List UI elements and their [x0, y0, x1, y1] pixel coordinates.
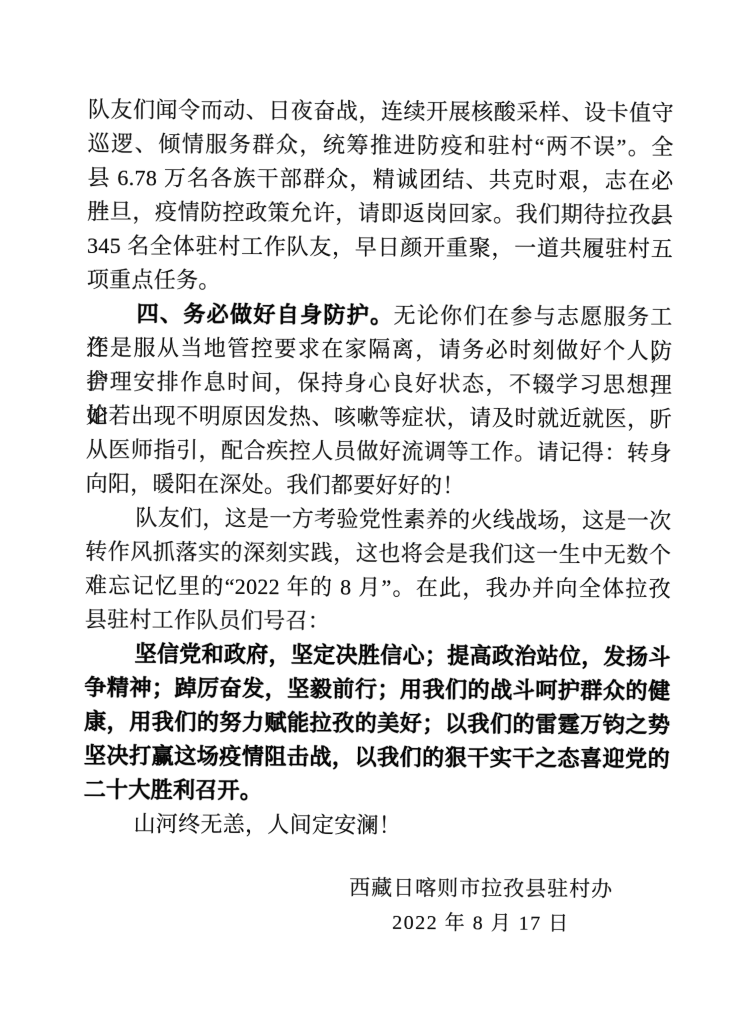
document-line: 县驻村工作队员们号召：: [85, 603, 671, 641]
signature-organization: 西藏日喀则市拉孜县驻村办: [349, 871, 613, 908]
document-line-callout: 争精神；踔厉奋发，坚毅前行；用我们的战斗呵护群众的健: [84, 671, 670, 709]
document-line: 还是服从当地管控要求在家隔离，请务必时刻做好个人防护，: [86, 331, 672, 369]
document-line-callout: 二十大胜利召开。: [84, 773, 670, 811]
document-line: 难忘记忆里的“2022 年的 8 月”。在此，我办并向全体拉孜: [85, 569, 671, 607]
document-line: 从医师指引，配合疾控人员做好流调等工作。请记得：转身: [86, 433, 672, 471]
document-line-callout: 坚信党和政府，坚定决胜信心；提高政治站位，发扬斗: [84, 637, 670, 675]
paragraph-four-heading: 四、务必做好自身防护。: [137, 301, 394, 328]
document-line-callout: 康，用我们的努力赋能拉孜的美好；以我们的雷霆万钧之势: [84, 705, 670, 743]
document-line: 巡逻、倾情服务群众，统筹推进防疫和驻村“两不误”。全: [88, 127, 674, 165]
document-line: 队友们，这是一方考验党性素养的火线战场，这是一次: [85, 501, 671, 539]
scanned-document-page: 队友们闻令而动、日夜奋战，连续开展核酸采样、设卡值守 巡逻、倾情服务群众，统筹推…: [0, 0, 750, 1016]
document-line: 县 6.78 万名各族干部群众，精诚团结、共克时艰，志在必胜。: [87, 161, 673, 199]
document-line-closing: 山河终无恙，人间定安澜！: [83, 807, 669, 845]
document-line: 如若出现不明原因发热、咳嗽等症状，请及时就近就医，听: [86, 399, 672, 437]
document-line-paragraph-four: 四、务必做好自身防护。无论你们在参与志愿服务工作，: [87, 297, 673, 335]
document-line: 合理安排作息时间，保持身心良好状态，不辍学习思想理论。: [86, 365, 672, 403]
document-body: 队友们闻令而动、日夜奋战，连续开展核酸采样、设卡值守 巡逻、倾情服务群众，统筹推…: [83, 93, 674, 845]
signature-date: 2022 年 8 月 17 日: [392, 906, 570, 941]
document-line: 项重点任务。: [87, 263, 673, 301]
document-line: 转作风抓落实的深刻实践，这也将会是我们这一生中无数个: [85, 535, 671, 573]
document-line: 一旦，疫情防控政策允许，请即返岗回家。我们期待拉孜县: [87, 195, 673, 233]
document-line: 345 名全体驻村工作队友，早日颜开重聚，一道共履驻村五: [87, 229, 673, 267]
document-line: 向阳，暖阳在深处。我们都要好好的！: [86, 467, 672, 505]
signature-block: 西藏日喀则市拉孜县驻村办 2022 年 8 月 17 日: [349, 871, 613, 942]
document-line: 队友们闻令而动、日夜奋战，连续开展核酸采样、设卡值守: [88, 93, 674, 131]
document-line-callout: 坚决打赢这场疫情阻击战，以我们的狠干实干之态喜迎党的: [84, 739, 670, 777]
